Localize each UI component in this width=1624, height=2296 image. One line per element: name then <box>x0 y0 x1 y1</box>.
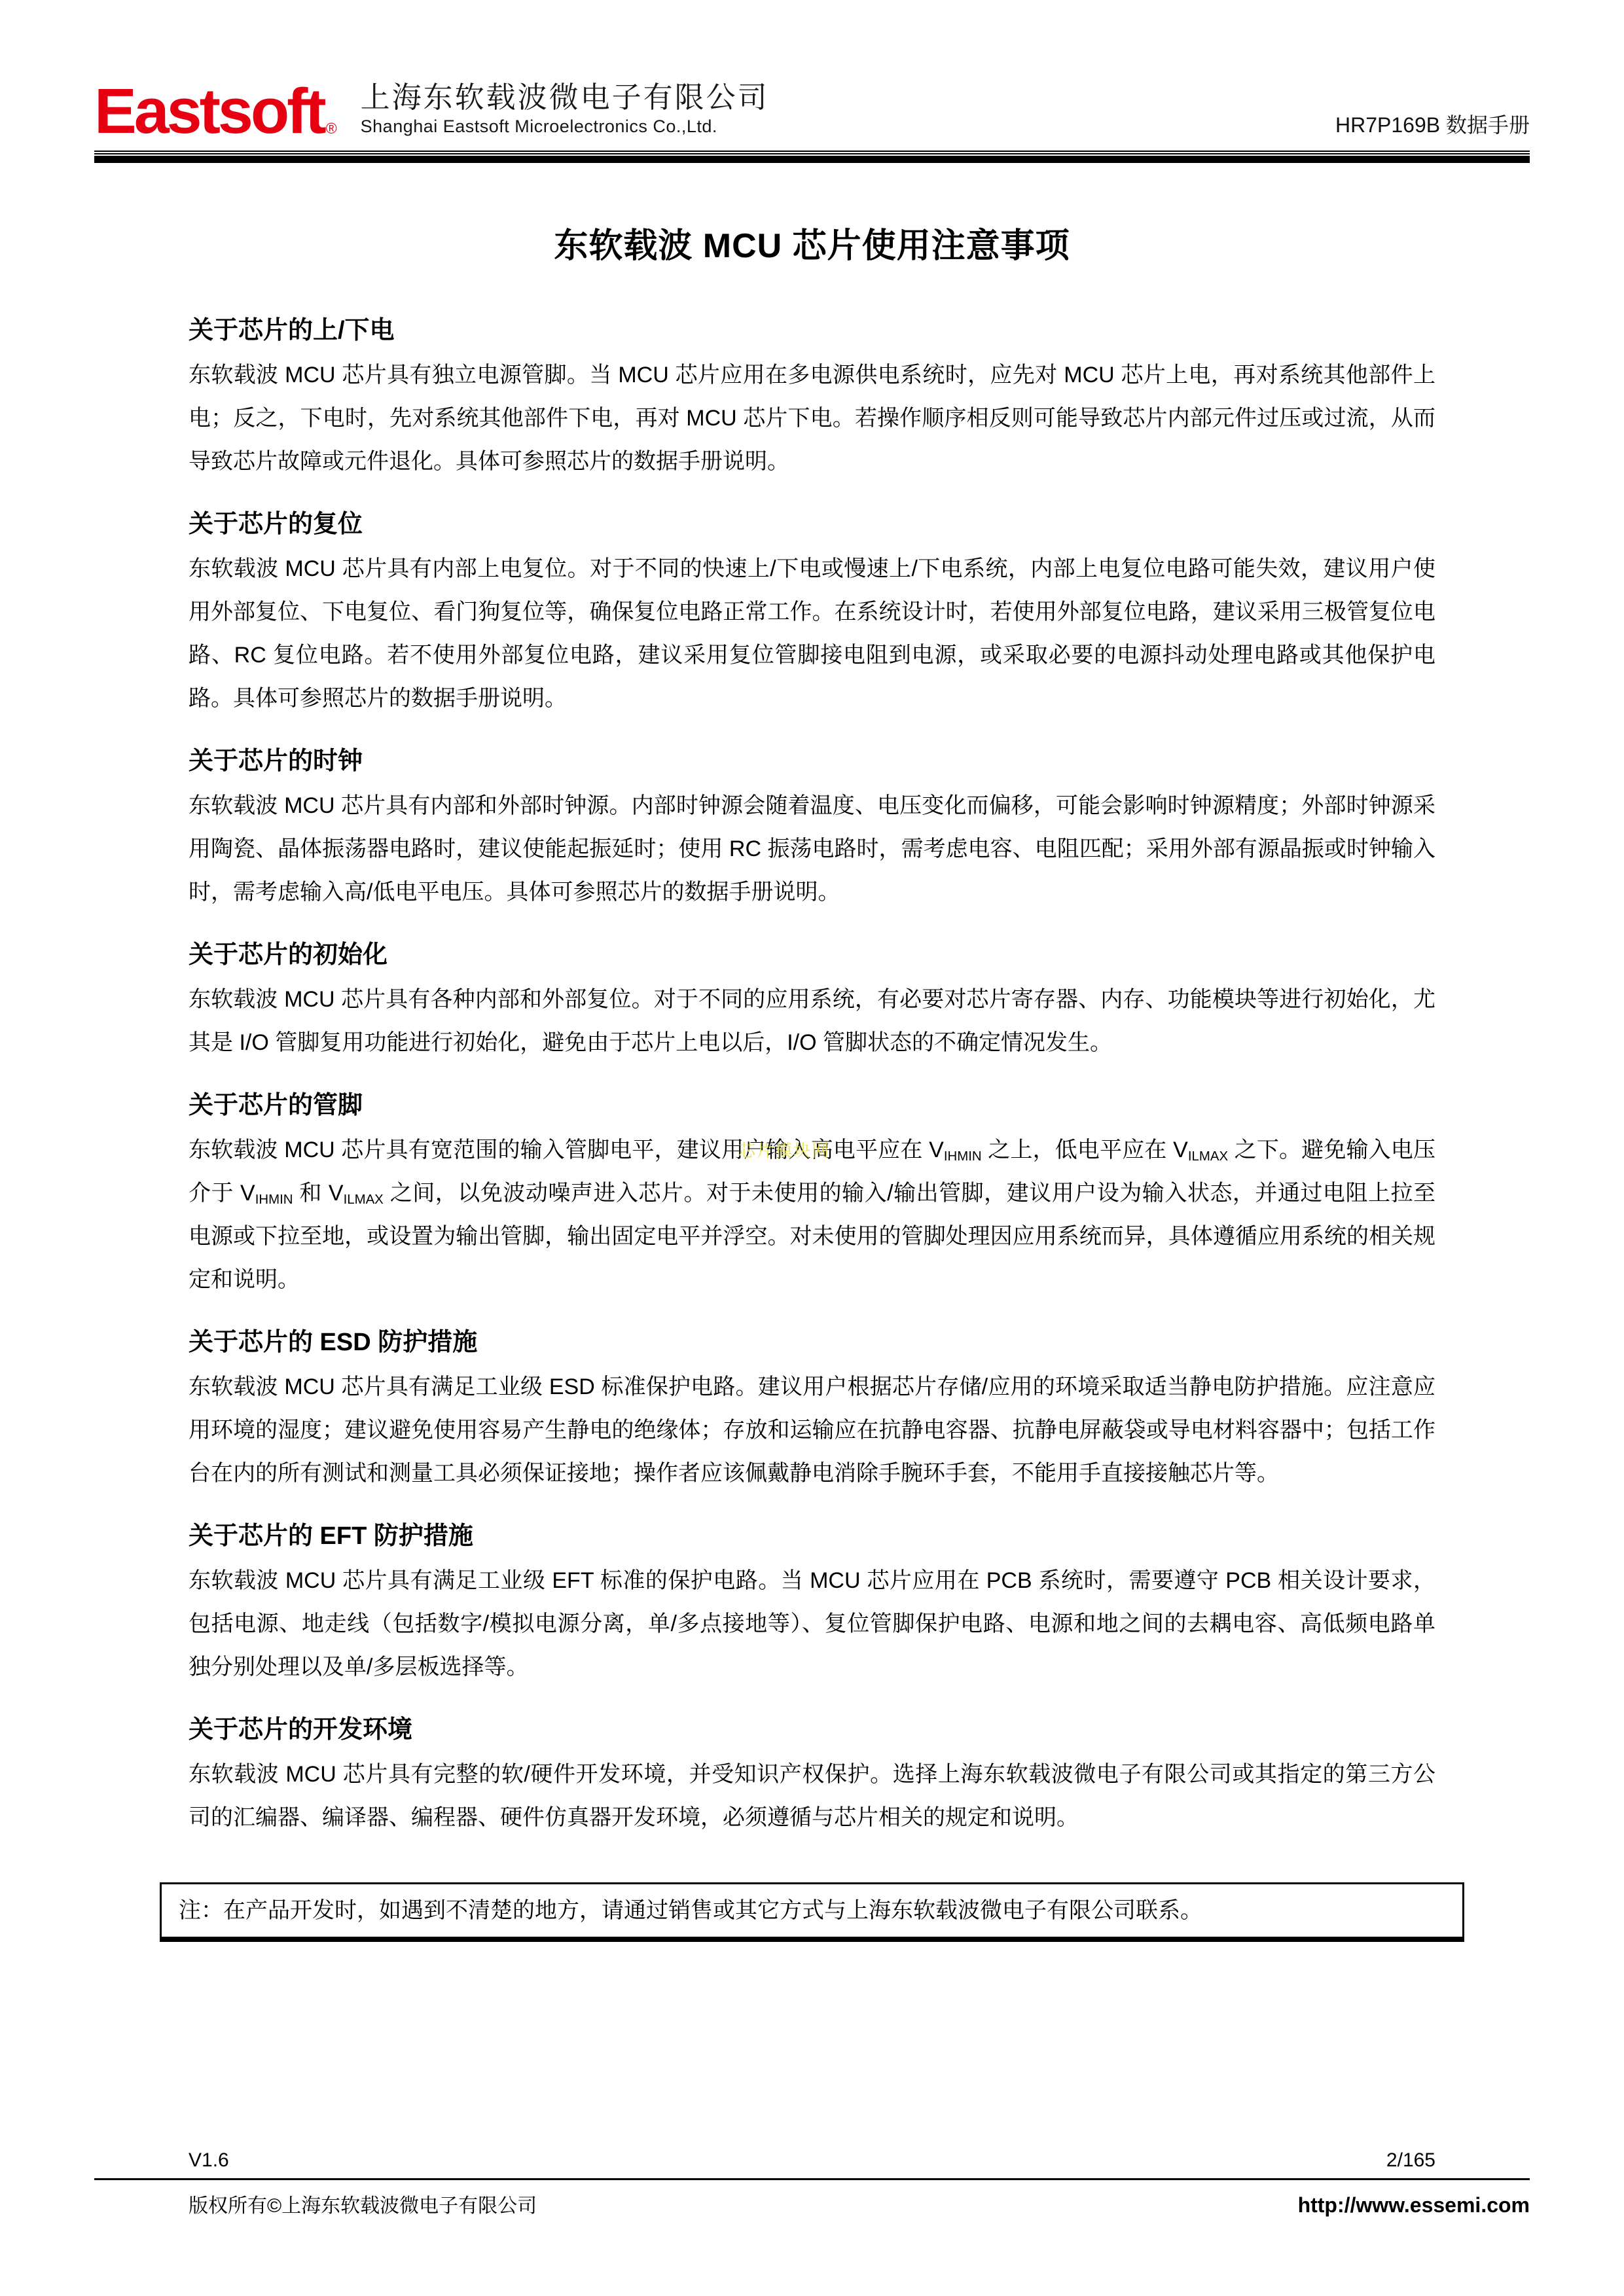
section-heading: 关于芯片的初始化 <box>189 940 1435 970</box>
section-body: 东软载波 MCU 芯片具有独立电源管脚。当 MCU 芯片应用在多电源供电系统时，… <box>189 353 1435 483</box>
footer-copyright-row: 版权所有©上海东软载波微电子有限公司 http://www.essemi.com <box>94 2189 1530 2218</box>
section-body: 东软载波 MCU 芯片具有内部和外部时钟源。内部时钟源会随着温度、电压变化而偏移… <box>189 784 1435 914</box>
section-body: 东软载波 MCU 芯片具有各种内部和外部复位。对于不同的应用系统，有必要对芯片寄… <box>189 978 1435 1064</box>
section-reset: 关于芯片的复位 东软载波 MCU 芯片具有内部上电复位。对于不同的快速上/下电或… <box>189 509 1435 720</box>
page-title: 东软载波 MCU 芯片使用注意事项 <box>189 218 1435 267</box>
section-heading: 关于芯片的 ESD 防护措施 <box>189 1327 1435 1357</box>
company-name-block: 上海东软载波微电子有限公司 Shanghai Eastsoft Microele… <box>361 81 769 137</box>
section-eft-protection: 关于芯片的 EFT 防护措施 东软载波 MCU 芯片具有满足工业级 EFT 标准… <box>189 1521 1435 1689</box>
section-initialization: 关于芯片的初始化 东软载波 MCU 芯片具有各种内部和外部复位。对于不同的应用系… <box>189 940 1435 1064</box>
section-heading: 关于芯片的 EFT 防护措施 <box>189 1521 1435 1551</box>
page-number: 2/165 <box>1386 2149 1435 2172</box>
section-body: 东软载波 MCU 芯片具有完整的软/硬件开发环境，并受知识产权保护。选择上海东软… <box>189 1753 1435 1839</box>
section-body: 东软载波 MCU 芯片具有满足工业级 EFT 标准的保护电路。当 MCU 芯片应… <box>189 1559 1435 1689</box>
eastsoft-logo-text: Eastsoft <box>94 81 324 141</box>
page-footer: V1.6 2/165 版权所有©上海东软载波微电子有限公司 http://www… <box>94 2149 1530 2218</box>
company-name-en: Shanghai Eastsoft Microelectronics Co.,L… <box>361 117 769 137</box>
section-body: 东软载波 MCU 芯片具有内部上电复位。对于不同的快速上/下电或慢速上/下电系统… <box>189 547 1435 720</box>
datasheet-page: Eastsoft ® 上海东软载波微电子有限公司 Shanghai Eastso… <box>0 0 1624 2296</box>
footer-rule <box>94 2178 1530 2180</box>
section-power-on-off: 关于芯片的上/下电 东软载波 MCU 芯片具有独立电源管脚。当 MCU 芯片应用… <box>189 315 1435 483</box>
section-heading: 关于芯片的上/下电 <box>189 315 1435 346</box>
copyright-text: 版权所有©上海东软载波微电子有限公司 <box>189 2189 537 2218</box>
section-heading: 关于芯片的管脚 <box>189 1090 1435 1121</box>
section-body: 东软载波 MCU 芯片具有满足工业级 ESD 标准保护电路。建议用户根据芯片存储… <box>189 1365 1435 1495</box>
section-clock: 关于芯片的时钟 东软载波 MCU 芯片具有内部和外部时钟源。内部时钟源会随着温度… <box>189 746 1435 914</box>
header-rule <box>94 151 1530 163</box>
header-row: Eastsoft ® 上海东软载波微电子有限公司 Shanghai Eastso… <box>94 81 1530 141</box>
company-website: http://www.essemi.com <box>1298 2193 1530 2217</box>
document-reference: HR7P169B 数据手册 <box>1335 109 1530 141</box>
section-pins: 关于芯片的管脚 东软载波 MCU 芯片具有宽范围的输入管脚电平，建议用户输入高电… <box>189 1090 1435 1301</box>
page-header: Eastsoft ® 上海东软载波微电子有限公司 Shanghai Eastso… <box>94 0 1530 163</box>
section-heading: 关于芯片的复位 <box>189 509 1435 539</box>
footer-meta-row: V1.6 2/165 <box>94 2149 1530 2172</box>
section-esd-protection: 关于芯片的 ESD 防护措施 东软载波 MCU 芯片具有满足工业级 ESD 标准… <box>189 1327 1435 1495</box>
eastsoft-logo: Eastsoft ® <box>94 81 337 141</box>
registered-trademark-icon: ® <box>326 120 337 137</box>
header-rule-thick <box>94 156 1530 163</box>
page-content: 东软载波 MCU 芯片使用注意事项 关于芯片的上/下电 东软载波 MCU 芯片具… <box>189 218 1435 1942</box>
note-box: 注：在产品开发时，如遇到不清楚的地方，请通过销售或其它方式与上海东软载波微电子有… <box>160 1882 1464 1942</box>
note-text: 注：在产品开发时，如遇到不清楚的地方，请通过销售或其它方式与上海东软载波微电子有… <box>179 1898 1202 1923</box>
company-name-cn: 上海东软载波微电子有限公司 <box>361 81 769 114</box>
doc-version: V1.6 <box>189 2149 229 2172</box>
section-heading: 关于芯片的时钟 <box>189 746 1435 776</box>
section-heading: 关于芯片的开发环境 <box>189 1715 1435 1745</box>
section-dev-environment: 关于芯片的开发环境 东软载波 MCU 芯片具有完整的软/硬件开发环境，并受知识产… <box>189 1715 1435 1839</box>
watermark: 芯片模块网 <box>738 1138 830 1162</box>
